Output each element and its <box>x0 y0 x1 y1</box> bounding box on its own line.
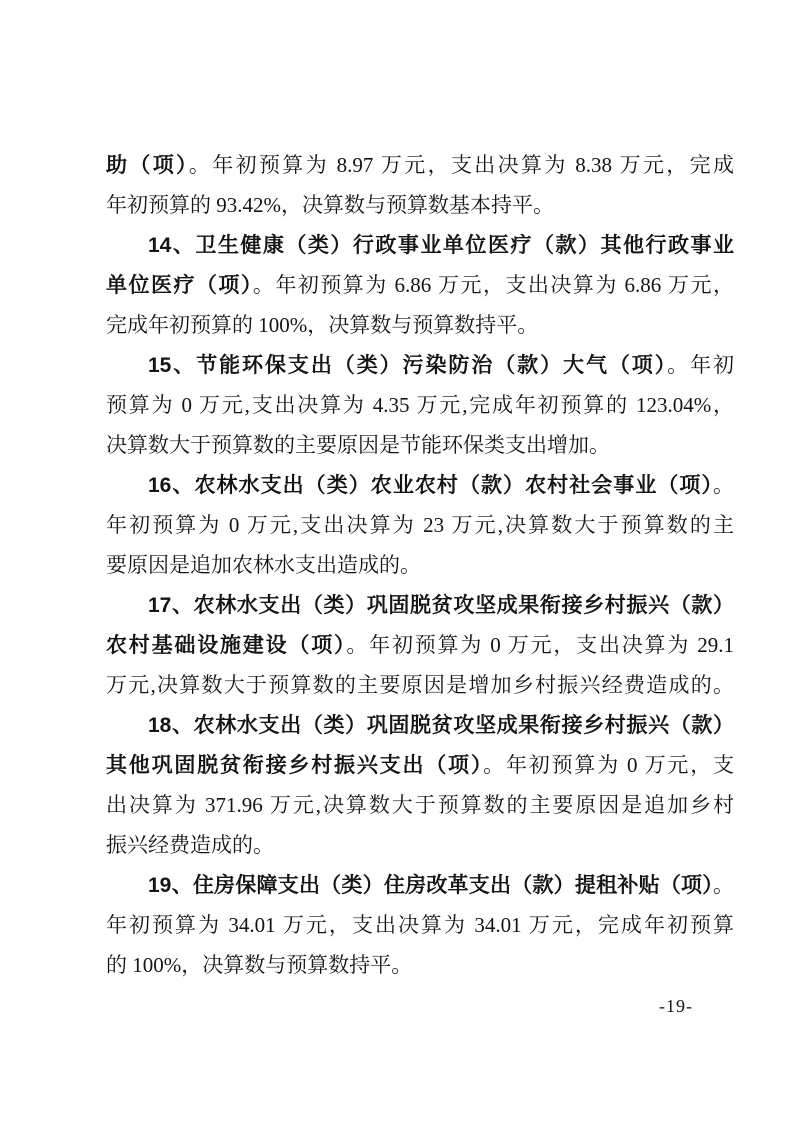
text-run: 。年初预算为 0 万元，支出决算为 29.1 <box>346 633 734 657</box>
text-run: 完成年初预算的 100%，决算数与预算数持平。 <box>106 313 538 337</box>
text-run: 。年初预算为 6.86 万元，支出决算为 6.86 万元， <box>253 273 734 297</box>
text-line: 19、住房保障支出（类）住房改革支出（款）提租补贴（项）。 <box>106 865 734 905</box>
text-run: 。年初预算为 8.97 万元，支出决算为 8.38 万元，完成 <box>189 153 734 177</box>
bold-text-run: 18、农林水支出（类）巩固脱贫攻坚成果衔接乡村振兴（款） <box>148 714 734 737</box>
bold-text-run: 14、卫生健康（类）行政事业单位医疗（款）其他行政事业 <box>148 234 734 257</box>
text-line: 年初预算为 0 万元,支出决算为 23 万元,决算数大于预算数的主 <box>106 505 734 545</box>
text-run: 。 <box>713 873 734 897</box>
text-line: 预算为 0 万元,支出决算为 4.35 万元,完成年初预算的 123.04%， <box>106 385 734 425</box>
text-run: 的 100%，决算数与预算数持平。 <box>106 953 412 977</box>
text-run: 要原因是追加农林水支出造成的。 <box>106 553 421 577</box>
text-line: 振兴经费造成的。 <box>106 825 734 865</box>
text-run: 出决算为 371.96 万元,决算数大于预算数的主要原因是追加乡村 <box>106 793 734 817</box>
bold-text-run: 19、住房保障支出（类）住房改革支出（款）提租补贴（项） <box>148 874 713 897</box>
text-line: 16、农林水支出（类）农业农村（款）农村社会事业（项）。 <box>106 465 734 505</box>
text-run: 。年初预算为 0 万元，支 <box>483 753 734 777</box>
text-run: 年初预算为 0 万元,支出决算为 23 万元,决算数大于预算数的主 <box>106 513 734 537</box>
text-run: 。年初 <box>667 353 734 377</box>
text-line: 其他巩固脱贫衔接乡村振兴支出（项）。年初预算为 0 万元，支 <box>106 745 734 785</box>
text-run: 万元,决算数大于预算数的主要原因是增加乡村振兴经费造成的。 <box>106 673 734 697</box>
text-line: 助（项）。年初预算为 8.97 万元，支出决算为 8.38 万元，完成 <box>106 145 734 185</box>
text-line: 要原因是追加农林水支出造成的。 <box>106 545 734 585</box>
text-line: 的 100%，决算数与预算数持平。 <box>106 945 734 985</box>
text-run: 。 <box>713 473 734 497</box>
bold-text-run: 15、节能环保支出（类）污染防治（款）大气（项） <box>148 354 667 377</box>
text-line: 年初预算的 93.42%，决算数与预算数基本持平。 <box>106 185 734 225</box>
text-line: 14、卫生健康（类）行政事业单位医疗（款）其他行政事业 <box>106 225 734 265</box>
text-run: 决算数大于预算数的主要原因是节能环保类支出增加。 <box>106 433 610 457</box>
text-line: 15、节能环保支出（类）污染防治（款）大气（项）。年初 <box>106 345 734 385</box>
text-line: 出决算为 371.96 万元,决算数大于预算数的主要原因是追加乡村 <box>106 785 734 825</box>
text-run: 年初预算的 93.42%，决算数与预算数基本持平。 <box>106 193 554 217</box>
text-block: 助（项）。年初预算为 8.97 万元，支出决算为 8.38 万元，完成年初预算的… <box>106 145 734 985</box>
page-number: -19- <box>659 986 693 1026</box>
text-line: 17、农林水支出（类）巩固脱贫攻坚成果衔接乡村振兴（款） <box>106 585 734 625</box>
text-line: 决算数大于预算数的主要原因是节能环保类支出增加。 <box>106 425 734 465</box>
bold-text-run: 其他巩固脱贫衔接乡村振兴支出（项） <box>106 754 483 777</box>
text-run: 振兴经费造成的。 <box>106 833 274 857</box>
bold-text-run: 助（项） <box>106 154 189 177</box>
bold-text-run: 17、农林水支出（类）巩固脱贫攻坚成果衔接乡村振兴（款） <box>148 594 734 617</box>
text-run: 预算为 0 万元,支出决算为 4.35 万元,完成年初预算的 123.04%， <box>106 393 734 417</box>
text-line: 年初预算为 34.01 万元，支出决算为 34.01 万元，完成年初预算 <box>106 905 734 945</box>
text-line: 万元,决算数大于预算数的主要原因是增加乡村振兴经费造成的。 <box>106 665 734 705</box>
text-line: 18、农林水支出（类）巩固脱贫攻坚成果衔接乡村振兴（款） <box>106 705 734 745</box>
bold-text-run: 单位医疗（项） <box>106 274 253 297</box>
text-run: 年初预算为 34.01 万元，支出决算为 34.01 万元，完成年初预算 <box>106 913 734 937</box>
bold-text-run: 农村基础设施建设（项） <box>106 634 346 657</box>
text-line: 农村基础设施建设（项）。年初预算为 0 万元，支出决算为 29.1 <box>106 625 734 665</box>
bold-text-run: 16、农林水支出（类）农业农村（款）农村社会事业（项） <box>148 474 713 497</box>
text-line: 单位医疗（项）。年初预算为 6.86 万元，支出决算为 6.86 万元， <box>106 265 734 305</box>
text-line: 完成年初预算的 100%，决算数与预算数持平。 <box>106 305 734 345</box>
document-page: 助（项）。年初预算为 8.97 万元，支出决算为 8.38 万元，完成年初预算的… <box>0 0 793 1122</box>
